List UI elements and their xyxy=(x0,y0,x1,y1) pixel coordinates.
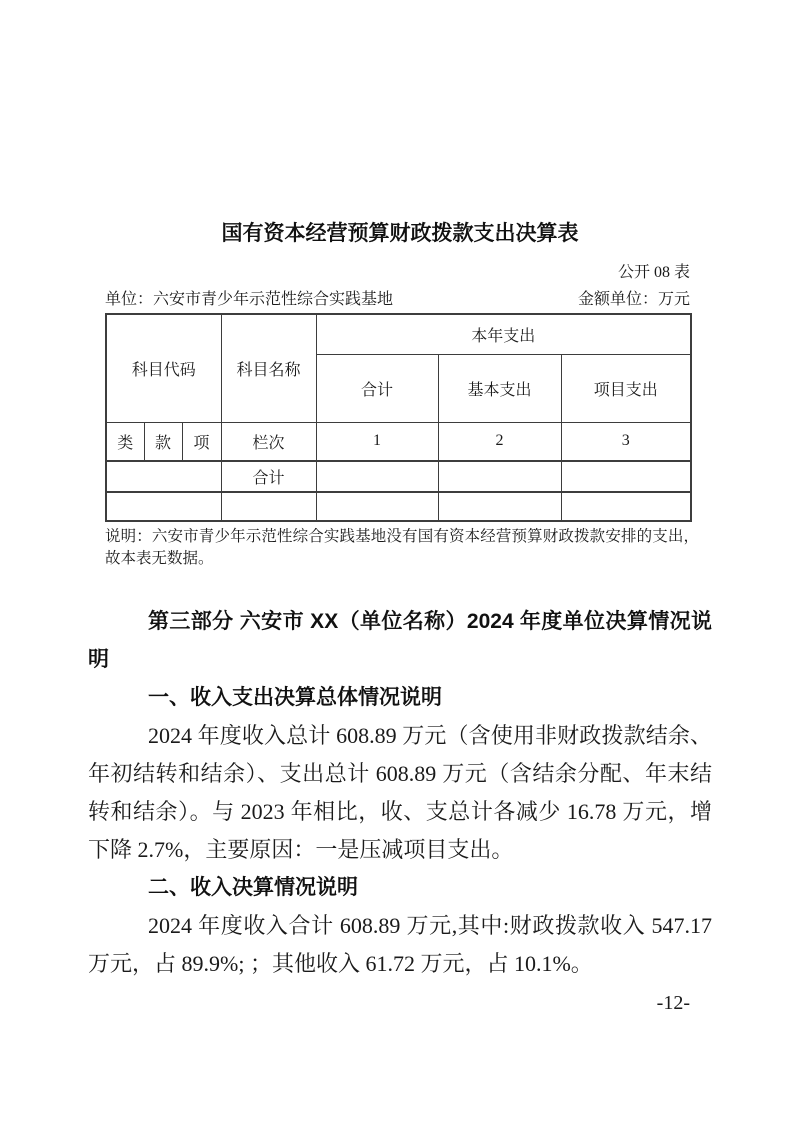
table-row: 合计 xyxy=(106,461,691,492)
total-row-project-value xyxy=(561,461,691,492)
header-basic-expenditure: 基本支出 xyxy=(438,354,561,422)
section1-paragraph: 2024 年度收入总计 608.89 万元（含使用非财政拨款结余、年初结转和结余… xyxy=(88,717,712,869)
column-index-row: 类 款 项 栏次 1 2 3 xyxy=(106,422,691,461)
column-index-3: 3 xyxy=(561,422,691,461)
fiscal-expenditure-table: 科目代码 科目名称 本年支出 合计 基本支出 项目支出 类 款 项 栏次 1 2… xyxy=(105,313,692,522)
total-row-total-value xyxy=(316,461,438,492)
header-project-expenditure: 项目支出 xyxy=(561,354,691,422)
section2-paragraph: 2024 年度收入合计 608.89 万元,其中:财政拨款收入 547.17 万… xyxy=(88,907,712,983)
total-row-basic-value xyxy=(438,461,561,492)
total-row-code xyxy=(106,461,221,492)
page-number: -12- xyxy=(657,993,690,1013)
header-total: 合计 xyxy=(316,354,438,422)
document-page: 国有资本经营预算财政拨款支出决算表 公开 08 表 单位：六安市青少年示范性综合… xyxy=(0,0,793,1122)
column-index-label: 栏次 xyxy=(221,422,316,461)
narrative-section: 第三部分 六安市 XX（单位名称）2024 年度单位决算情况说明 一、收入支出决… xyxy=(88,603,712,983)
fiscal-table-section: 公开 08 表 单位：六安市青少年示范性综合实践基地 金额单位：万元 科目代码 … xyxy=(105,263,690,569)
code-col-item: 款 xyxy=(144,422,182,461)
table-note: 说明：六安市青少年示范性综合实践基地没有国有资本经营预算财政拨款安排的支出，故本… xyxy=(105,526,699,569)
page-title: 国有资本经营预算财政拨款支出决算表 xyxy=(88,222,712,246)
section2-heading: 二、收入决算情况说明 xyxy=(88,869,712,907)
blank-row-total-value xyxy=(316,492,438,521)
unit-label: 单位：六安市青少年示范性综合实践基地 xyxy=(105,290,393,310)
table-row xyxy=(106,492,691,521)
table-code-label: 公开 08 表 xyxy=(105,263,690,283)
amount-unit-label: 金额单位：万元 xyxy=(578,290,690,310)
blank-row-basic-value xyxy=(438,492,561,521)
column-index-2: 2 xyxy=(438,422,561,461)
part3-heading: 第三部分 六安市 XX（单位名称）2024 年度单位决算情况说明 xyxy=(88,603,712,679)
total-row-label: 合计 xyxy=(221,461,316,492)
blank-row-label xyxy=(221,492,316,521)
code-col-category: 类 xyxy=(106,422,144,461)
blank-row-code xyxy=(106,492,221,521)
column-index-1: 1 xyxy=(316,422,438,461)
section1-heading: 一、收入支出决算总体情况说明 xyxy=(88,679,712,717)
blank-row-project-value xyxy=(561,492,691,521)
header-subject-code: 科目代码 xyxy=(106,314,221,422)
header-subject-name: 科目名称 xyxy=(221,314,316,422)
header-current-year-expenditure: 本年支出 xyxy=(316,314,691,354)
code-col-sub-item: 项 xyxy=(182,422,221,461)
table-meta-row: 单位：六安市青少年示范性综合实践基地 金额单位：万元 xyxy=(105,290,690,310)
